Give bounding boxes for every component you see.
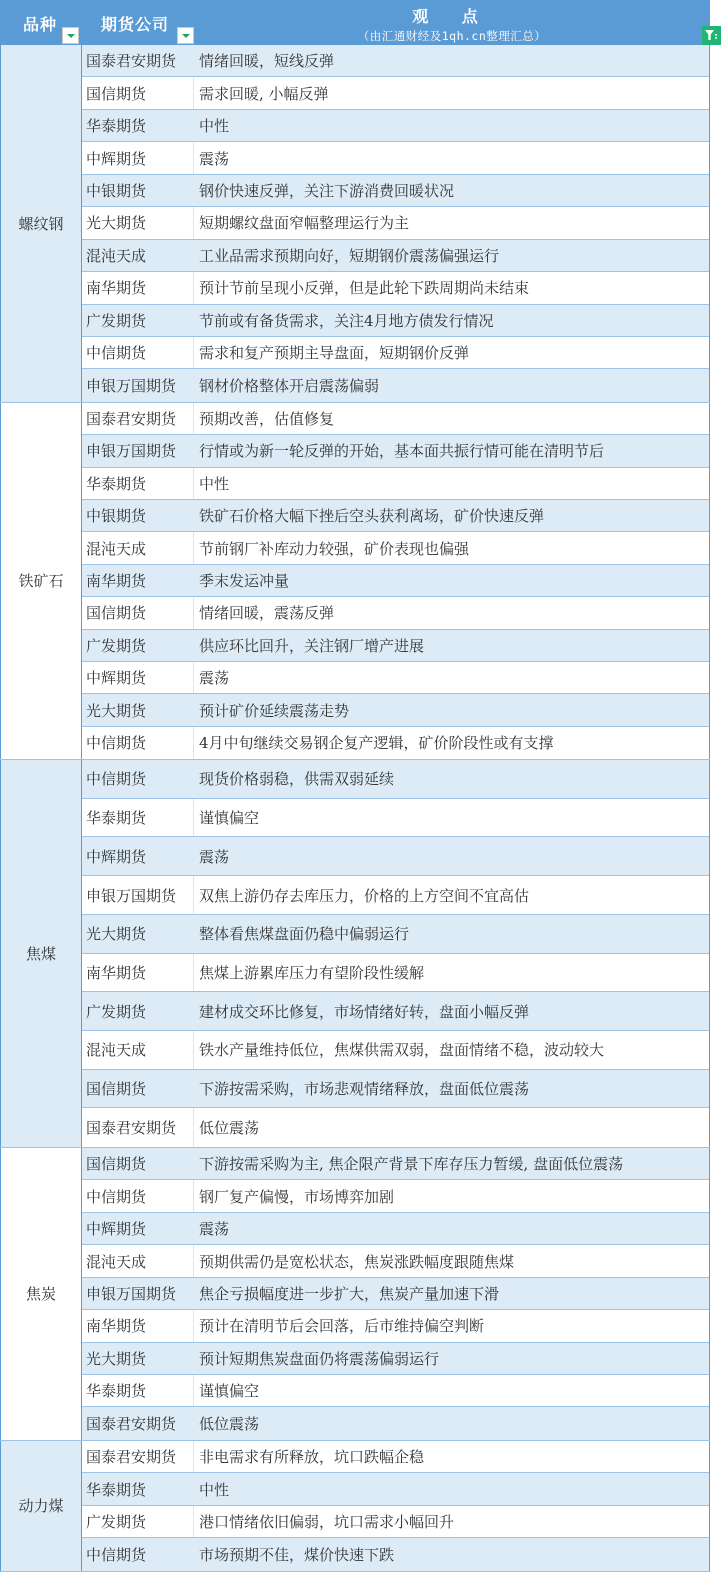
company-cell: 光大期货 — [82, 1343, 194, 1374]
company-filter-dropdown-icon[interactable] — [177, 27, 194, 44]
view-cell: 低位震荡 — [194, 1117, 259, 1138]
company-cell: 混沌天成 — [82, 1031, 194, 1069]
view-cell: 需求回暖, 小幅反弹 — [194, 83, 329, 104]
table-row: 中信期货钢厂复产偏慢，市场博弈加剧 — [82, 1180, 709, 1212]
table-row: 广发期货供应环比回升，关注钢厂增产进展 — [82, 630, 709, 662]
view-cell: 震荡 — [194, 1218, 229, 1239]
header-view-title: 观 点 — [194, 4, 710, 27]
table-row: 光大期货预计矿价延续震荡走势 — [82, 694, 709, 726]
company-cell: 中辉期货 — [82, 142, 194, 173]
view-cell: 焦企亏损幅度进一步扩大，焦炭产量加速下滑 — [194, 1283, 499, 1304]
company-cell: 中信期货 — [82, 337, 194, 368]
company-cell: 光大期货 — [82, 694, 194, 725]
view-cell: 中性 — [194, 1479, 229, 1500]
section-rebar: 螺纹钢 国泰君安期货情绪回暖，短线反弹国信期货需求回暖, 小幅反弹华泰期货中性中… — [0, 45, 710, 403]
company-cell: 南华期货 — [82, 954, 194, 992]
company-cell: 华泰期货 — [82, 1375, 194, 1406]
view-cell: 震荡 — [194, 846, 229, 867]
section-coke: 焦炭 国信期货下游按需采购为主, 焦企限产背景下库存压力暂缓, 盘面低位震荡中信… — [0, 1148, 710, 1441]
view-cell: 谨慎偏空 — [194, 807, 259, 828]
view-cell: 中性 — [194, 473, 229, 494]
table-row: 广发期货建材成交环比修复，市场情绪好转，盘面小幅反弹 — [82, 992, 709, 1031]
table-row: 中信期货现货价格弱稳，供需双弱延续 — [82, 760, 709, 799]
company-cell: 华泰期货 — [82, 1473, 194, 1505]
table-row: 混沌天成工业品需求预期向好，短期钢价震荡偏强运行 — [82, 240, 709, 272]
table-row: 华泰期货中性 — [82, 468, 709, 500]
company-cell: 中辉期货 — [82, 662, 194, 693]
header-view: 观 点 （由汇通财经及1qh.cn整理汇总） — [194, 0, 710, 45]
section-thermal-coal: 动力煤 国泰君安期货非电需求有所释放，坑口跌幅企稳华泰期货中性广发期货港口情绪依… — [0, 1441, 710, 1572]
company-cell: 中辉期货 — [82, 1213, 194, 1244]
company-cell: 中银期货 — [82, 500, 194, 531]
table-row: 国泰君安期货低位震荡 — [82, 1108, 709, 1147]
company-cell: 国信期货 — [82, 77, 194, 108]
section-coking-coal: 焦煤 中信期货现货价格弱稳，供需双弱延续华泰期货谨慎偏空中辉期货震荡申银万国期货… — [0, 760, 710, 1148]
table-row: 华泰期货谨慎偏空 — [82, 799, 709, 838]
company-cell: 国泰君安期货 — [82, 1407, 194, 1439]
table-row: 混沌天成预期供需仍是宽松状态，焦炭涨跌幅度跟随焦煤 — [82, 1245, 709, 1277]
table-row: 中辉期货震荡 — [82, 142, 709, 174]
company-cell: 申银万国期货 — [82, 435, 194, 466]
table-row: 光大期货短期螺纹盘面窄幅整理运行为主 — [82, 207, 709, 239]
view-cell: 下游按需采购，市场悲观情绪释放，盘面低位震荡 — [194, 1078, 529, 1099]
table-row: 中信期货需求和复产预期主导盘面，短期钢价反弹 — [82, 337, 709, 369]
company-cell: 广发期货 — [82, 1506, 194, 1538]
company-cell: 华泰期货 — [82, 110, 194, 141]
table-row: 申银万国期货焦企亏损幅度进一步扩大，焦炭产量加速下滑 — [82, 1278, 709, 1310]
variety-cell: 动力煤 — [0, 1441, 82, 1571]
table-row: 申银万国期货钢材价格整体开启震荡偏弱 — [82, 369, 709, 401]
table-row: 申银万国期货双焦上游仍存去库压力，价格的上方空间不宜高估 — [82, 876, 709, 915]
view-cell: 中性 — [194, 115, 229, 136]
view-cell: 双焦上游仍存去库压力，价格的上方空间不宜高估 — [194, 885, 529, 906]
variety-cell: 铁矿石 — [0, 403, 82, 759]
company-cell: 国泰君安期货 — [82, 45, 194, 76]
view-cell: 工业品需求预期向好，短期钢价震荡偏强运行 — [194, 245, 499, 266]
company-cell: 申银万国期货 — [82, 369, 194, 401]
company-cell: 国泰君安期货 — [82, 1108, 194, 1147]
header-company: 期货公司 — [81, 0, 194, 45]
header-view-subtitle: （由汇通财经及1qh.cn整理汇总） — [194, 28, 710, 44]
view-cell: 节前钢厂补库动力较强，矿价表现也偏强 — [194, 538, 469, 559]
company-cell: 中信期货 — [82, 1180, 194, 1211]
view-cell: 低位震荡 — [194, 1413, 259, 1434]
section-iron-ore: 铁矿石 国泰君安期货预期改善，估值修复申银万国期货行情或为新一轮反弹的开始，基本… — [0, 403, 710, 760]
company-cell: 混沌天成 — [82, 240, 194, 271]
view-cell: 预期供需仍是宽松状态，焦炭涨跌幅度跟随焦煤 — [194, 1251, 514, 1272]
view-cell: 钢厂复产偏慢，市场博弈加剧 — [194, 1186, 394, 1207]
company-cell: 华泰期货 — [82, 468, 194, 499]
view-cell: 震荡 — [194, 148, 229, 169]
table-row: 广发期货港口情绪依旧偏弱，坑口需求小幅回升 — [82, 1506, 709, 1539]
table-row: 光大期货预计短期焦炭盘面仍将震荡偏弱运行 — [82, 1343, 709, 1375]
view-cell: 震荡 — [194, 667, 229, 688]
table-row: 国泰君安期货非电需求有所释放，坑口跌幅企稳 — [82, 1441, 709, 1474]
table-row: 混沌天成节前钢厂补库动力较强，矿价表现也偏强 — [82, 532, 709, 564]
company-cell: 中信期货 — [82, 727, 194, 759]
table-row: 中辉期货震荡 — [82, 837, 709, 876]
table-row: 国信期货下游按需采购为主, 焦企限产背景下库存压力暂缓, 盘面低位震荡 — [82, 1148, 709, 1180]
company-cell: 国信期货 — [82, 1148, 194, 1179]
header-variety-label: 品种 — [23, 12, 57, 35]
view-cell: 节前或有备货需求，关注4月地方债发行情况 — [194, 310, 494, 331]
company-cell: 中信期货 — [82, 760, 194, 798]
view-cell: 需求和复产预期主导盘面，短期钢价反弹 — [194, 342, 469, 363]
table-row: 中信期货市场预期不佳，煤价快速下跌 — [82, 1538, 709, 1571]
table-row: 广发期货节前或有备货需求，关注4月地方债发行情况 — [82, 305, 709, 337]
company-cell: 广发期货 — [82, 992, 194, 1030]
company-cell: 南华期货 — [82, 1310, 194, 1341]
view-cell: 行情或为新一轮反弹的开始，基本面共振行情可能在清明节后 — [194, 440, 604, 461]
view-cell: 预计节前呈现小反弹，但是此轮下跌周期尚未结束 — [194, 277, 529, 298]
company-cell: 广发期货 — [82, 630, 194, 661]
table-row: 南华期货预计在清明节后会回落，后市维持偏空判断 — [82, 1310, 709, 1342]
view-cell: 4月中旬继续交易钢企复产逻辑，矿价阶段性或有支撑 — [194, 732, 554, 753]
view-cell: 谨慎偏空 — [194, 1380, 259, 1401]
view-cell: 钢价快速反弹，关注下游消费回暖状况 — [194, 180, 454, 201]
view-cell: 短期螺纹盘面窄幅整理运行为主 — [194, 212, 409, 233]
variety-cell: 焦煤 — [0, 760, 82, 1147]
futures-views-table: 品种 期货公司 观 点 （由汇通财经及1qh.cn整理汇总） 螺纹钢 国泰君安期… — [0, 0, 710, 1572]
table-row: 中辉期货震荡 — [82, 662, 709, 694]
header-variety: 品种 — [0, 0, 81, 45]
table-row: 中信期货4月中旬继续交易钢企复产逻辑，矿价阶段性或有支撑 — [82, 727, 709, 759]
table-row: 国信期货情绪回暖，震荡反弹 — [82, 597, 709, 629]
view-cell: 钢材价格整体开启震荡偏弱 — [194, 375, 379, 396]
company-cell: 南华期货 — [82, 272, 194, 303]
view-cell: 现货价格弱稳，供需双弱延续 — [194, 768, 394, 789]
variety-cell: 焦炭 — [0, 1148, 82, 1440]
company-cell: 光大期货 — [82, 207, 194, 238]
company-cell: 国信期货 — [82, 597, 194, 628]
view-cell: 铁水产量维持低位，焦煤供需双弱，盘面情绪不稳，波动较大 — [194, 1039, 604, 1060]
table-row: 国泰君安期货低位震荡 — [82, 1407, 709, 1439]
view-cell: 情绪回暖，短线反弹 — [194, 50, 334, 71]
header-company-label: 期货公司 — [101, 12, 169, 35]
table-row: 南华期货季末发运冲量 — [82, 565, 709, 597]
variety-filter-dropdown-icon[interactable] — [62, 27, 79, 44]
view-cell: 整体看焦煤盘面仍稳中偏弱运行 — [194, 923, 409, 944]
company-cell: 中辉期货 — [82, 837, 194, 875]
company-cell: 华泰期货 — [82, 799, 194, 837]
view-cell: 情绪回暖，震荡反弹 — [194, 602, 334, 623]
table-row: 国信期货下游按需采购，市场悲观情绪释放，盘面低位震荡 — [82, 1070, 709, 1109]
view-cell: 建材成交环比修复，市场情绪好转，盘面小幅反弹 — [194, 1001, 529, 1022]
company-cell: 南华期货 — [82, 565, 194, 596]
view-cell: 市场预期不佳，煤价快速下跌 — [194, 1544, 394, 1565]
variety-cell: 螺纹钢 — [0, 45, 82, 402]
company-cell: 混沌天成 — [82, 1245, 194, 1276]
company-cell: 中银期货 — [82, 175, 194, 206]
table-row: 中银期货铁矿石价格大幅下挫后空头获利离场，矿价快速反弹 — [82, 500, 709, 532]
filter-icon[interactable] — [702, 26, 721, 45]
table-row: 国信期货需求回暖, 小幅反弹 — [82, 77, 709, 109]
table-row: 华泰期货谨慎偏空 — [82, 1375, 709, 1407]
company-cell: 申银万国期货 — [82, 1278, 194, 1309]
view-cell: 预计在清明节后会回落，后市维持偏空判断 — [194, 1315, 484, 1336]
view-cell: 预期改善，估值修复 — [194, 408, 334, 429]
company-cell: 申银万国期货 — [82, 876, 194, 914]
view-cell: 非电需求有所释放，坑口跌幅企稳 — [194, 1446, 424, 1467]
table-row: 光大期货整体看焦煤盘面仍稳中偏弱运行 — [82, 915, 709, 954]
table-row: 国泰君安期货预期改善，估值修复 — [82, 403, 709, 435]
view-cell: 预计短期焦炭盘面仍将震荡偏弱运行 — [194, 1348, 439, 1369]
view-cell: 下游按需采购为主, 焦企限产背景下库存压力暂缓, 盘面低位震荡 — [194, 1153, 623, 1174]
company-cell: 广发期货 — [82, 305, 194, 336]
table-row: 华泰期货中性 — [82, 110, 709, 142]
company-cell: 国信期货 — [82, 1070, 194, 1108]
view-cell: 供应环比回升，关注钢厂增产进展 — [194, 635, 424, 656]
table-row: 中银期货钢价快速反弹，关注下游消费回暖状况 — [82, 175, 709, 207]
table-header: 品种 期货公司 观 点 （由汇通财经及1qh.cn整理汇总） — [0, 0, 710, 45]
table-row: 华泰期货中性 — [82, 1473, 709, 1506]
table-row: 南华期货预计节前呈现小反弹，但是此轮下跌周期尚未结束 — [82, 272, 709, 304]
view-cell: 季末发运冲量 — [194, 570, 289, 591]
table-row: 中辉期货震荡 — [82, 1213, 709, 1245]
view-cell: 港口情绪依旧偏弱，坑口需求小幅回升 — [194, 1511, 454, 1532]
table-row: 申银万国期货行情或为新一轮反弹的开始，基本面共振行情可能在清明节后 — [82, 435, 709, 467]
company-cell: 中信期货 — [82, 1538, 194, 1571]
table-row: 混沌天成铁水产量维持低位，焦煤供需双弱，盘面情绪不稳，波动较大 — [82, 1031, 709, 1070]
company-cell: 混沌天成 — [82, 532, 194, 563]
company-cell: 国泰君安期货 — [82, 403, 194, 434]
view-cell: 预计矿价延续震荡走势 — [194, 700, 349, 721]
table-row: 南华期货焦煤上游累库压力有望阶段性缓解 — [82, 954, 709, 993]
view-cell: 焦煤上游累库压力有望阶段性缓解 — [194, 962, 424, 983]
table-row: 国泰君安期货情绪回暖，短线反弹 — [82, 45, 709, 77]
view-cell: 铁矿石价格大幅下挫后空头获利离场，矿价快速反弹 — [194, 505, 544, 526]
company-cell: 国泰君安期货 — [82, 1441, 194, 1473]
company-cell: 光大期货 — [82, 915, 194, 953]
